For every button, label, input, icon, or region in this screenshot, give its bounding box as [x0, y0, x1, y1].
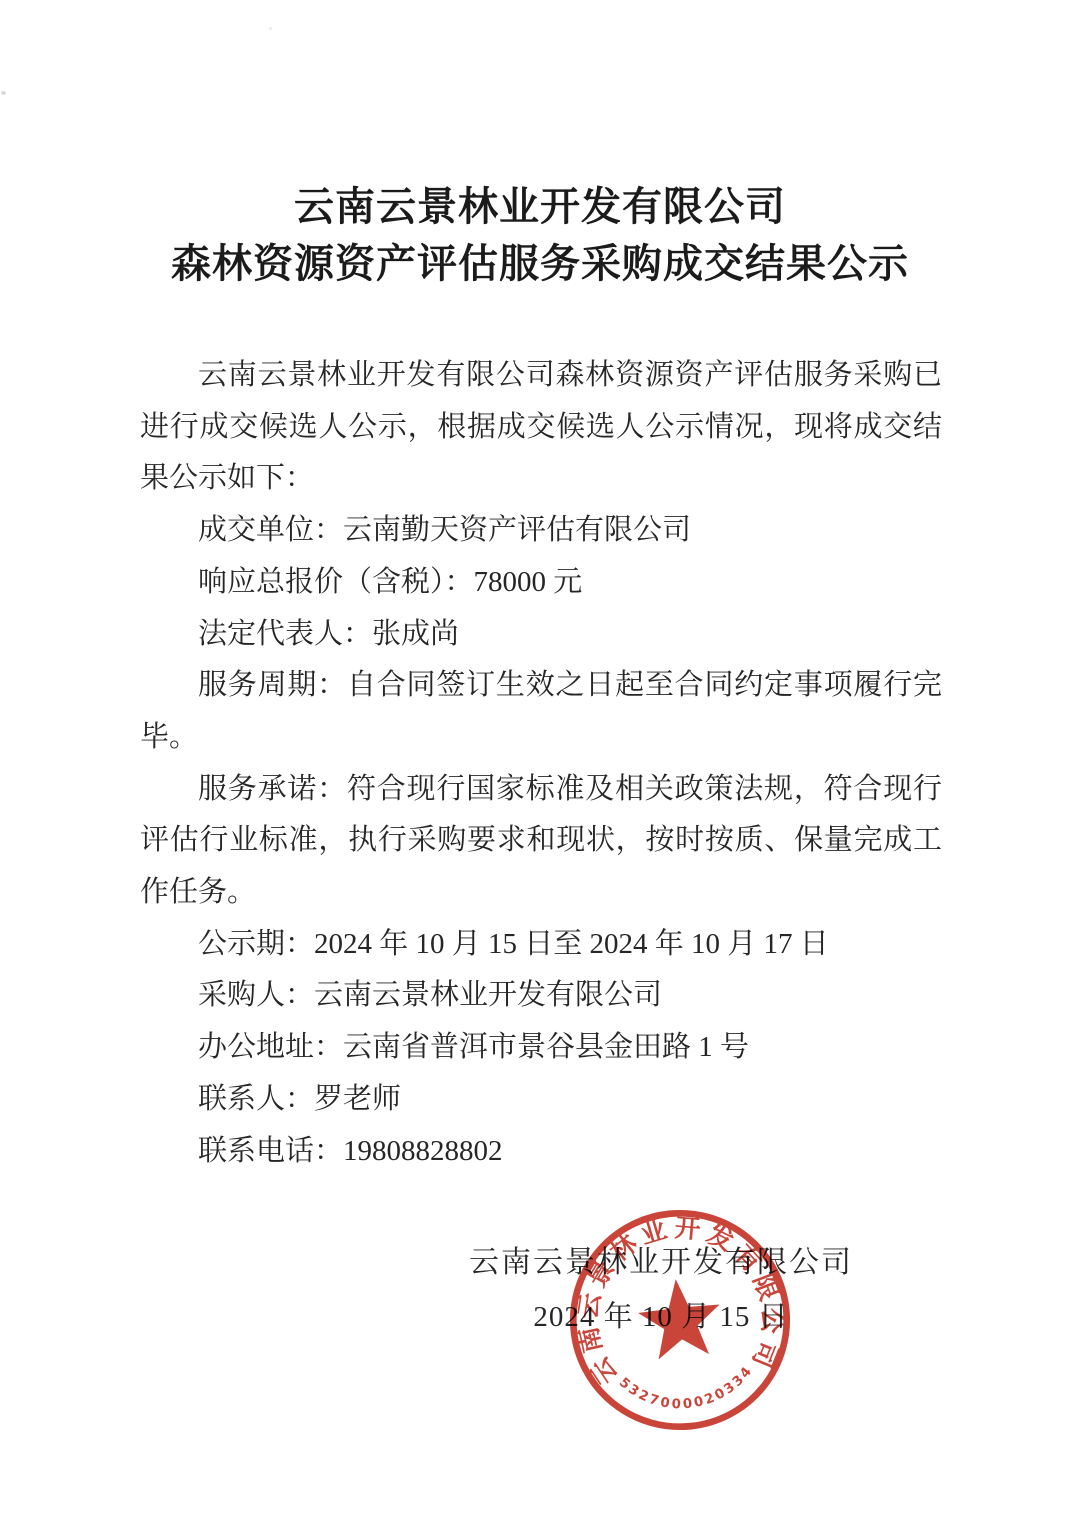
- title-line-1: 云南云景林业开发有限公司: [0, 178, 1080, 235]
- seal-arc-char: 业: [637, 1215, 670, 1250]
- body-paragraph-service-commitment: 服务承诺：符合现行国家标准及相关政策法规，符合现行评估行业标准，执行采购要求和现…: [140, 764, 942, 919]
- scan-artifact: [1, 91, 6, 95]
- body-paragraph-contact-phone: 联系电话：19808828802: [140, 1126, 942, 1178]
- body-paragraph-publicity-period: 公示期：2024 年 10 月 15 日至 2024 年 10 月 17 日: [140, 919, 942, 971]
- scan-artifact: [269, 27, 272, 30]
- body-paragraph-purchaser: 采购人：云南云景林业开发有限公司: [140, 970, 942, 1022]
- seal-arc-char: 云: [585, 1352, 624, 1390]
- signature-company: 云南云景林业开发有限公司: [430, 1246, 892, 1280]
- title-line-2: 森林资源资产评估服务采购成交结果公示: [0, 235, 1080, 292]
- body-paragraph-office-address: 办公地址：云南省普洱市景谷县金田路 1 号: [140, 1022, 942, 1074]
- body-paragraph-service-period: 服务周期：自合同签订生效之日起至合同约定事项履行完毕。: [140, 660, 942, 763]
- document-title: 云南云景林业开发有限公司 森林资源资产评估服务采购成交结果公示: [0, 178, 1080, 292]
- seal-number: 5327000020334: [615, 1362, 760, 1420]
- signature-block: 云南云景林业开发有限公司 2024 年 10 月 15 日: [430, 1246, 892, 1334]
- body-paragraph-legal-representative: 法定代表人：张成尚: [140, 609, 942, 661]
- seal-arc-char: 开: [674, 1213, 702, 1244]
- body-paragraph-price: 响应总报价（含税）：78000 元: [140, 557, 942, 609]
- signature-date: 2024 年 10 月 15 日: [430, 1301, 892, 1334]
- document-page: 云南云景林业开发有限公司 森林资源资产评估服务采购成交结果公示 云南云景林业开发…: [0, 0, 1080, 1526]
- document-body: 云南云景林业开发有限公司森林资源资产评估服务采购已进行成交候选人公示，根据成交候…: [140, 350, 942, 1177]
- body-paragraph-intro: 云南云景林业开发有限公司森林资源资产评估服务采购已进行成交候选人公示，根据成交候…: [140, 350, 942, 505]
- body-paragraph-winner: 成交单位：云南勤天资产评估有限公司: [140, 505, 942, 557]
- seal-arc-char: 司: [747, 1337, 783, 1372]
- body-paragraph-contact-person: 联系人：罗老师: [140, 1074, 942, 1126]
